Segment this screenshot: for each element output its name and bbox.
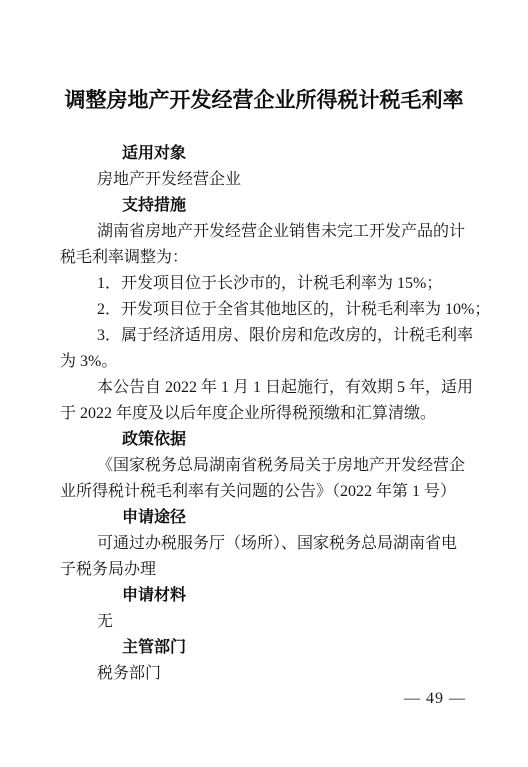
text-line: 湖南省房地产开发经营企业销售未完工开发产品的计 bbox=[60, 219, 468, 245]
text-line: 2．开发项目位于全省其他地区的，计税毛利率为 10%； bbox=[60, 297, 468, 323]
page-number: — 49 — bbox=[404, 690, 466, 708]
text-line: 本公告自 2022 年 1 月 1 日起施行，有效期 5 年，适用 bbox=[60, 375, 468, 401]
text-line: 适用对象 bbox=[60, 141, 468, 167]
text-line: 于 2022 年度及以后年度企业所得税预缴和汇算清缴。 bbox=[60, 401, 468, 427]
document-title: 调整房地产开发经营企业所得税计税毛利率 bbox=[0, 86, 528, 116]
text-line: 无 bbox=[60, 609, 468, 635]
text-line: 申请途径 bbox=[60, 505, 468, 531]
text-line: 支持措施 bbox=[60, 193, 468, 219]
document-page: 调整房地产开发经营企业所得税计税毛利率 适用对象房地产开发经营企业支持措施湖南省… bbox=[0, 0, 528, 767]
text-line: 主管部门 bbox=[60, 635, 468, 661]
text-line: 为 3%。 bbox=[60, 349, 468, 375]
text-line: 申请材料 bbox=[60, 583, 468, 609]
document-body: 适用对象房地产开发经营企业支持措施湖南省房地产开发经营企业销售未完工开发产品的计… bbox=[60, 141, 468, 687]
text-line: 3．属于经济适用房、限价房和危改房的，计税毛利率 bbox=[60, 323, 468, 349]
text-line: 税务部门 bbox=[60, 661, 468, 687]
text-line: 可通过办税服务厅（场所）、国家税务总局湖南省电 bbox=[60, 531, 468, 557]
text-line: 税毛利率调整为： bbox=[60, 245, 468, 271]
text-line: 政策依据 bbox=[60, 427, 468, 453]
text-line: 1．开发项目位于长沙市的，计税毛利率为 15%； bbox=[60, 271, 468, 297]
text-line: 《国家税务总局湖南省税务局关于房地产开发经营企 bbox=[60, 453, 468, 479]
text-line: 房地产开发经营企业 bbox=[60, 167, 468, 193]
text-line: 业所得税计税毛利率有关问题的公告》（2022 年第 1 号） bbox=[60, 479, 468, 505]
text-line: 子税务局办理 bbox=[60, 557, 468, 583]
